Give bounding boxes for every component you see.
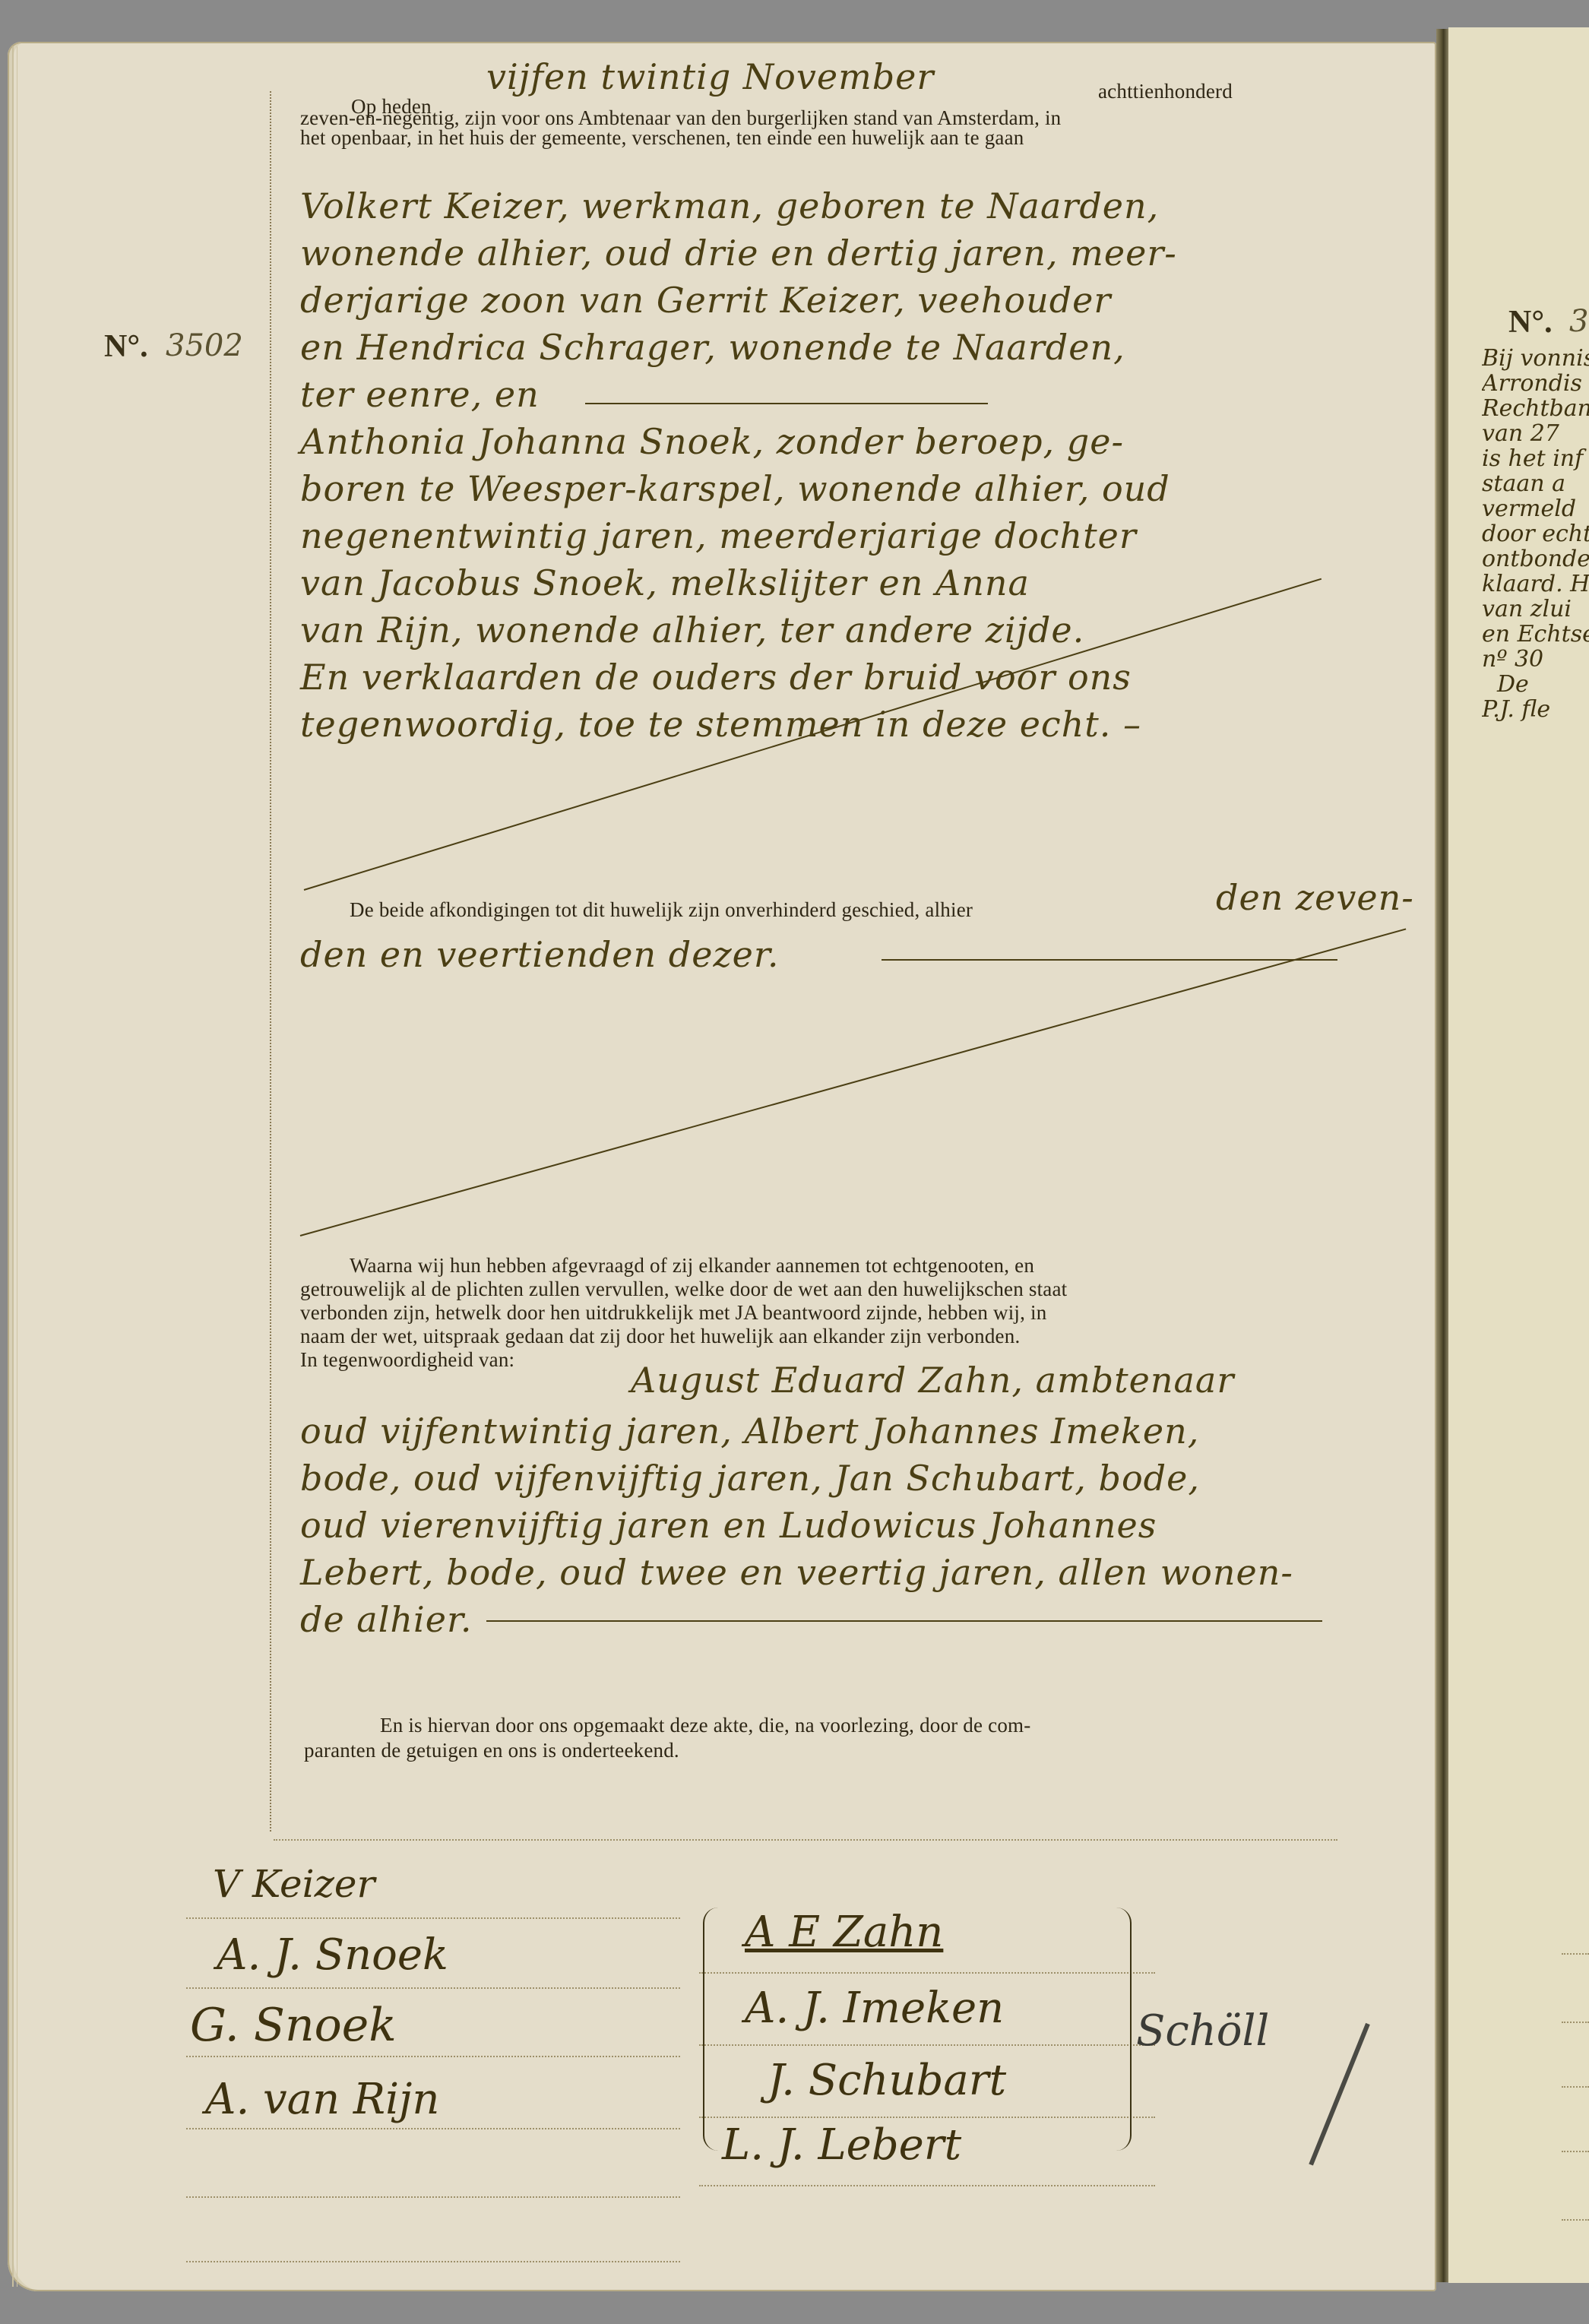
margin-note-line: staan a <box>1482 471 1589 496</box>
signature-line <box>186 2128 680 2129</box>
vows-line: naam der wet, uitspraak gedaan dat zij d… <box>300 1325 1318 1348</box>
margin-note-line: klaard. H <box>1482 572 1589 597</box>
next-record-label: N°. <box>1508 304 1553 340</box>
margin-note-line: is het inf <box>1482 446 1589 471</box>
parties-line: En verklaarden de ouders der bruid voor … <box>300 654 1394 701</box>
right-signature-line <box>1562 2022 1589 2023</box>
signature-line <box>186 2056 680 2057</box>
intro-printed-2: achttienhonderd <box>1098 80 1233 103</box>
margin-rule-bottom <box>274 1839 1337 1841</box>
margin-note-line: vermeld <box>1482 496 1589 521</box>
fill-line <box>585 403 988 404</box>
witness-line: August Eduard Zahn, ambtenaar <box>631 1357 1234 1404</box>
parties-block: Volkert Keizer, werkman, geboren te Naar… <box>300 182 1394 748</box>
parties-line: ter eenre, en <box>300 371 1394 418</box>
banns-handwritten-1: den zeven- <box>1216 874 1414 921</box>
closing-printed-1: En is hiervan door ons opgemaakt deze ak… <box>380 1714 1330 1737</box>
signature-line <box>186 2261 680 2262</box>
vows-line: Waarna wij hun hebben afgevraagd of zij … <box>300 1254 1318 1278</box>
signature-official: Schöll <box>1136 2006 1269 2056</box>
signature-bride: A. J. Snoek <box>217 1930 448 1980</box>
parties-line: en Hendrica Schrager, wonende te Naarden… <box>300 324 1394 371</box>
margin-note-line: van zlui <box>1482 597 1589 622</box>
margin-note-line: P.J. fle <box>1482 697 1589 722</box>
margin-note-line: van 27 <box>1482 421 1589 446</box>
signature-witness-4: L. J. Lebert <box>722 2120 961 2170</box>
right-signature-line <box>1562 1953 1589 1955</box>
witness-line: bode, oud vijfenvijftig jaren, Jan Schub… <box>300 1455 1425 1502</box>
signature-witness-3: J. Schubart <box>768 2056 1006 2105</box>
signature-line <box>186 2196 680 2198</box>
margin-note-line: door echt <box>1482 521 1589 546</box>
witness-line: oud vijfentwintig jaren, Albert Johannes… <box>300 1407 1425 1455</box>
vows-block: Waarna wij hun hebben afgevraagd of zij … <box>300 1254 1318 1372</box>
margin-note-line: nº 30 <box>1482 647 1589 672</box>
signature-line <box>699 2185 1155 2186</box>
banns-printed: De beide afkondigingen tot dit huwelijk … <box>350 898 973 922</box>
margin-note-line: en Echtse <box>1482 622 1589 647</box>
signature-witness-1: A E Zahn <box>745 1908 943 1957</box>
banns-handwritten-2: den en veertienden dezer. <box>300 931 779 978</box>
record-number-label: N°. <box>104 328 148 365</box>
right-signature-line <box>1562 2219 1589 2221</box>
vows-line: verbonden zijn, hetwelk door hen uitdruk… <box>300 1301 1318 1325</box>
vows-line: getrouwelijk al de plichten zullen vervu… <box>300 1278 1318 1301</box>
margin-note-line: Bij vonnis <box>1482 346 1589 371</box>
margin-note-line: ontbonde <box>1482 546 1589 572</box>
signature-parent-1: G. Snoek <box>190 1999 397 2052</box>
signature-line <box>186 1917 680 1919</box>
margin-note-line: De <box>1497 672 1589 697</box>
intro-printed-4: het openbaar, in het huis der gemeente, … <box>300 126 1303 150</box>
witness-line: de alhier. <box>300 1596 1425 1643</box>
margin-rule <box>270 91 271 1832</box>
margin-note: Bij vonnis Arrondis Rechtban van 27 is h… <box>1482 346 1589 802</box>
margin-note-line: Arrondis <box>1482 371 1589 396</box>
parties-line: van Rijn, wonende alhier, ter andere zij… <box>300 606 1394 654</box>
witness-line: Lebert, bode, oud twee en veertig jaren,… <box>300 1549 1425 1596</box>
margin-note-line: Rechtban <box>1482 396 1589 421</box>
right-signature-line <box>1562 2086 1589 2088</box>
signature-witness-2: A. J. Imeken <box>745 1984 1004 2033</box>
next-record-number: 3 <box>1569 304 1588 339</box>
right-signature-line <box>1562 2151 1589 2152</box>
fill-line <box>486 1620 1322 1622</box>
signature-groom: V Keizer <box>213 1862 375 1906</box>
closing-printed-2: paranten de getuigen en ons is onderteek… <box>304 1739 679 1762</box>
witnesses-block: oud vijfentwintig jaren, Albert Johannes… <box>300 1407 1425 1643</box>
parties-line: wonende alhier, oud drie en dertig jaren… <box>300 230 1394 277</box>
parties-line: Volkert Keizer, werkman, geboren te Naar… <box>300 182 1394 230</box>
record-number: 3502 <box>166 328 243 363</box>
signature-line <box>186 1987 680 1989</box>
parties-line: van Jacobus Snoek, melkslijter en Anna <box>300 559 1394 606</box>
witness-line: oud vierenvijftig jaren en Ludowicus Joh… <box>300 1502 1425 1549</box>
parties-line: negenentwintig jaren, meerderjarige doch… <box>300 512 1394 559</box>
fill-line <box>882 959 1337 961</box>
signature-parent-2: A. van Rijn <box>205 2075 439 2124</box>
parties-line: boren te Weesper-karspel, wonende alhier… <box>300 465 1394 512</box>
parties-line: Anthonia Johanna Snoek, zonder beroep, g… <box>300 418 1394 465</box>
book-gutter <box>1436 29 1448 2282</box>
intro-date-handwritten: vijfen twintig November <box>486 53 934 100</box>
parties-line: derjarige zoon van Gerrit Keizer, veehou… <box>300 277 1394 324</box>
